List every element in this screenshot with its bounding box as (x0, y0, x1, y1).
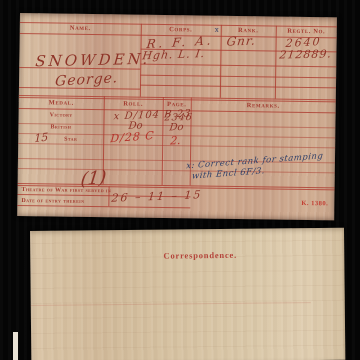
correspondence-card: Correspondence. (30, 228, 345, 360)
form-number: K. 1380. (301, 200, 328, 207)
medal-index-card: Name. Corps. Rank. Regtl. No. SNOWDEN. G… (17, 13, 337, 220)
surname-entry: SNOWDEN. (35, 52, 151, 69)
scan-artifact (13, 332, 18, 360)
forename-entry: George. (55, 71, 119, 89)
name-column-header: Name. (20, 24, 141, 33)
column-divider (275, 26, 277, 99)
rule-line (18, 168, 335, 173)
roll-entry-star: D/28 C (110, 130, 155, 144)
regtl-no-column-header: Regtl. No. (276, 28, 337, 36)
rule-line (17, 205, 190, 208)
regtl-no-entry-line2: 212889. (279, 48, 333, 60)
rule-line (140, 75, 336, 79)
page-entry-star: 2. (170, 135, 181, 147)
medal-row-british-label: British (18, 124, 103, 131)
rank-check-mark: x (215, 27, 219, 34)
star-15-prefix: 15 (34, 131, 48, 144)
rule-line (140, 64, 336, 68)
corps-entry-line2: Hgh. L. I. (142, 48, 206, 61)
correspondence-title: Correspondence. (70, 249, 330, 262)
remarks-column-header: Remarks. (191, 101, 336, 110)
date-of-entry-value: 26 – 11 – 15 (111, 189, 203, 204)
date-of-entry-label: Date of entry therein (21, 198, 107, 205)
column-divider (220, 25, 222, 98)
rank-entry: Gnr. (226, 34, 257, 47)
rule-line (31, 302, 311, 306)
page-column-header: Page. (163, 101, 191, 108)
page-entry-british: Do (169, 123, 184, 133)
theatre-of-war-entry: (1) (80, 169, 108, 190)
medal-row-victory-label: Victory (19, 112, 104, 119)
medal-column-header: Medal. (19, 99, 104, 107)
roll-column-header: Roll. (104, 100, 163, 108)
rule-line (140, 85, 336, 89)
